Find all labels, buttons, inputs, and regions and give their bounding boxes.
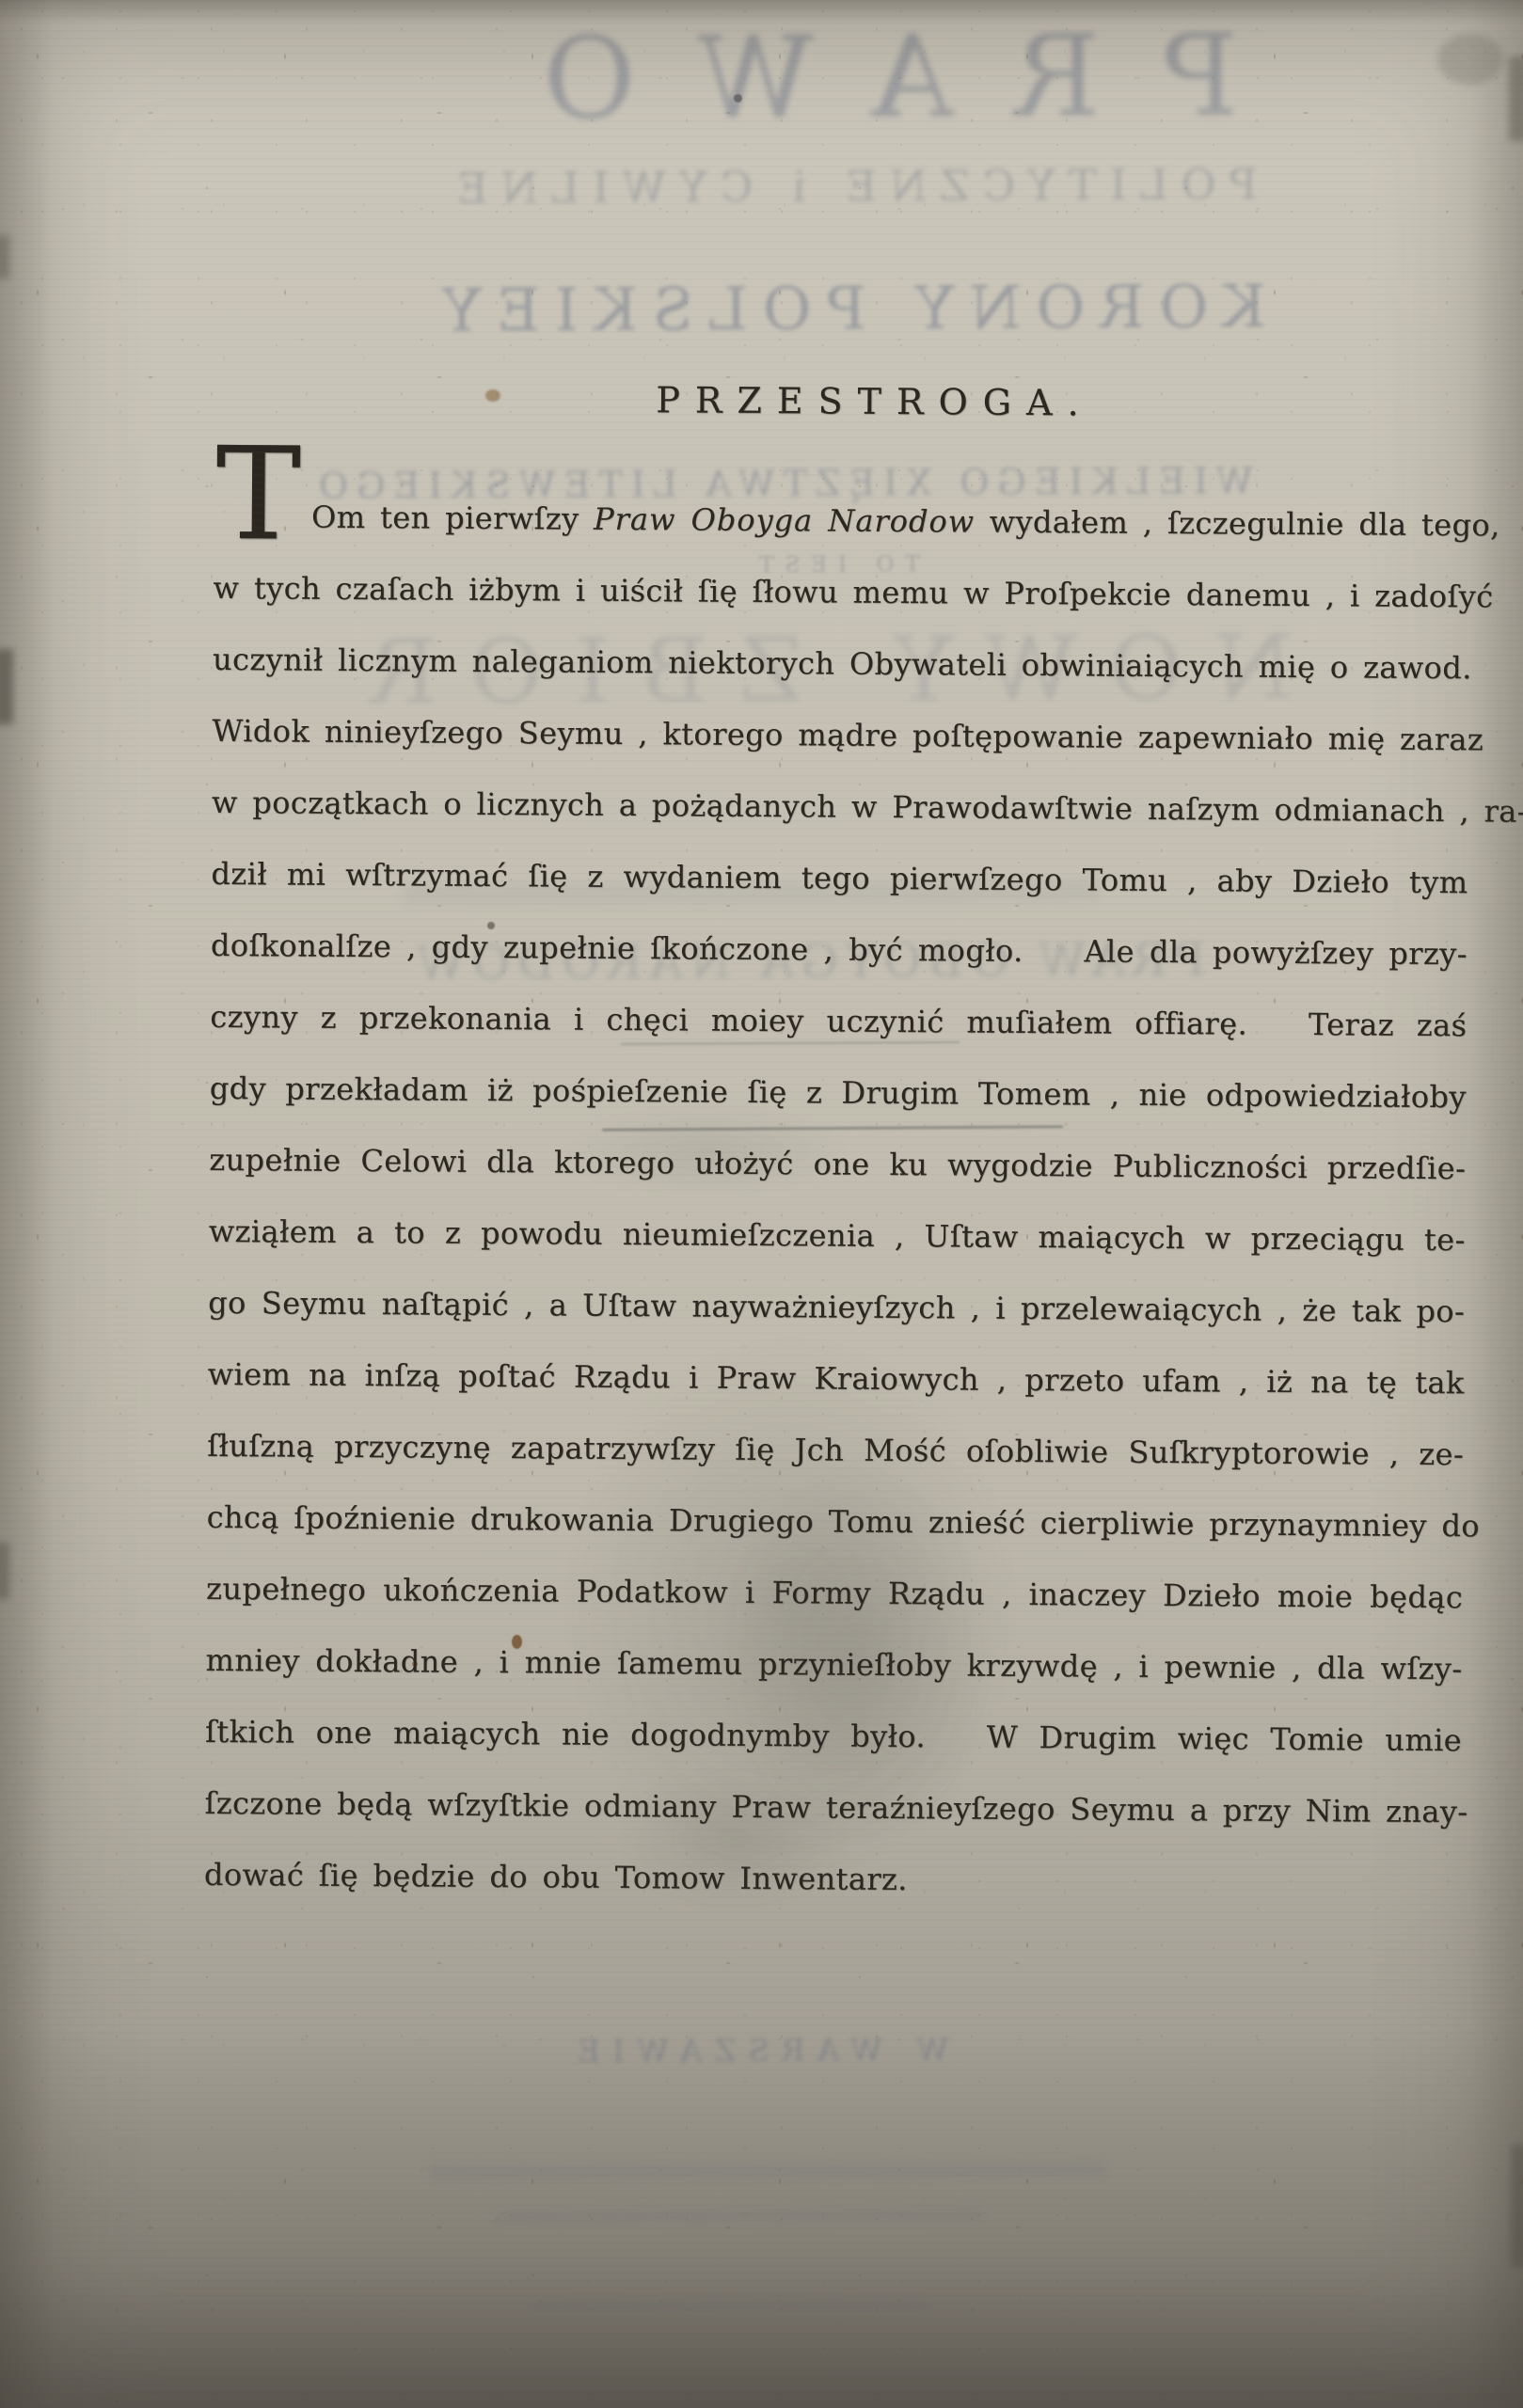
- pen-scratch: [602, 1125, 1063, 1131]
- page-scan: PRAWO POLITYCZNE i CYWILNE KORONY POLSKI…: [0, 0, 1523, 2408]
- pen-scratch: [621, 1041, 960, 1045]
- scratch-marks: [0, 0, 1523, 2408]
